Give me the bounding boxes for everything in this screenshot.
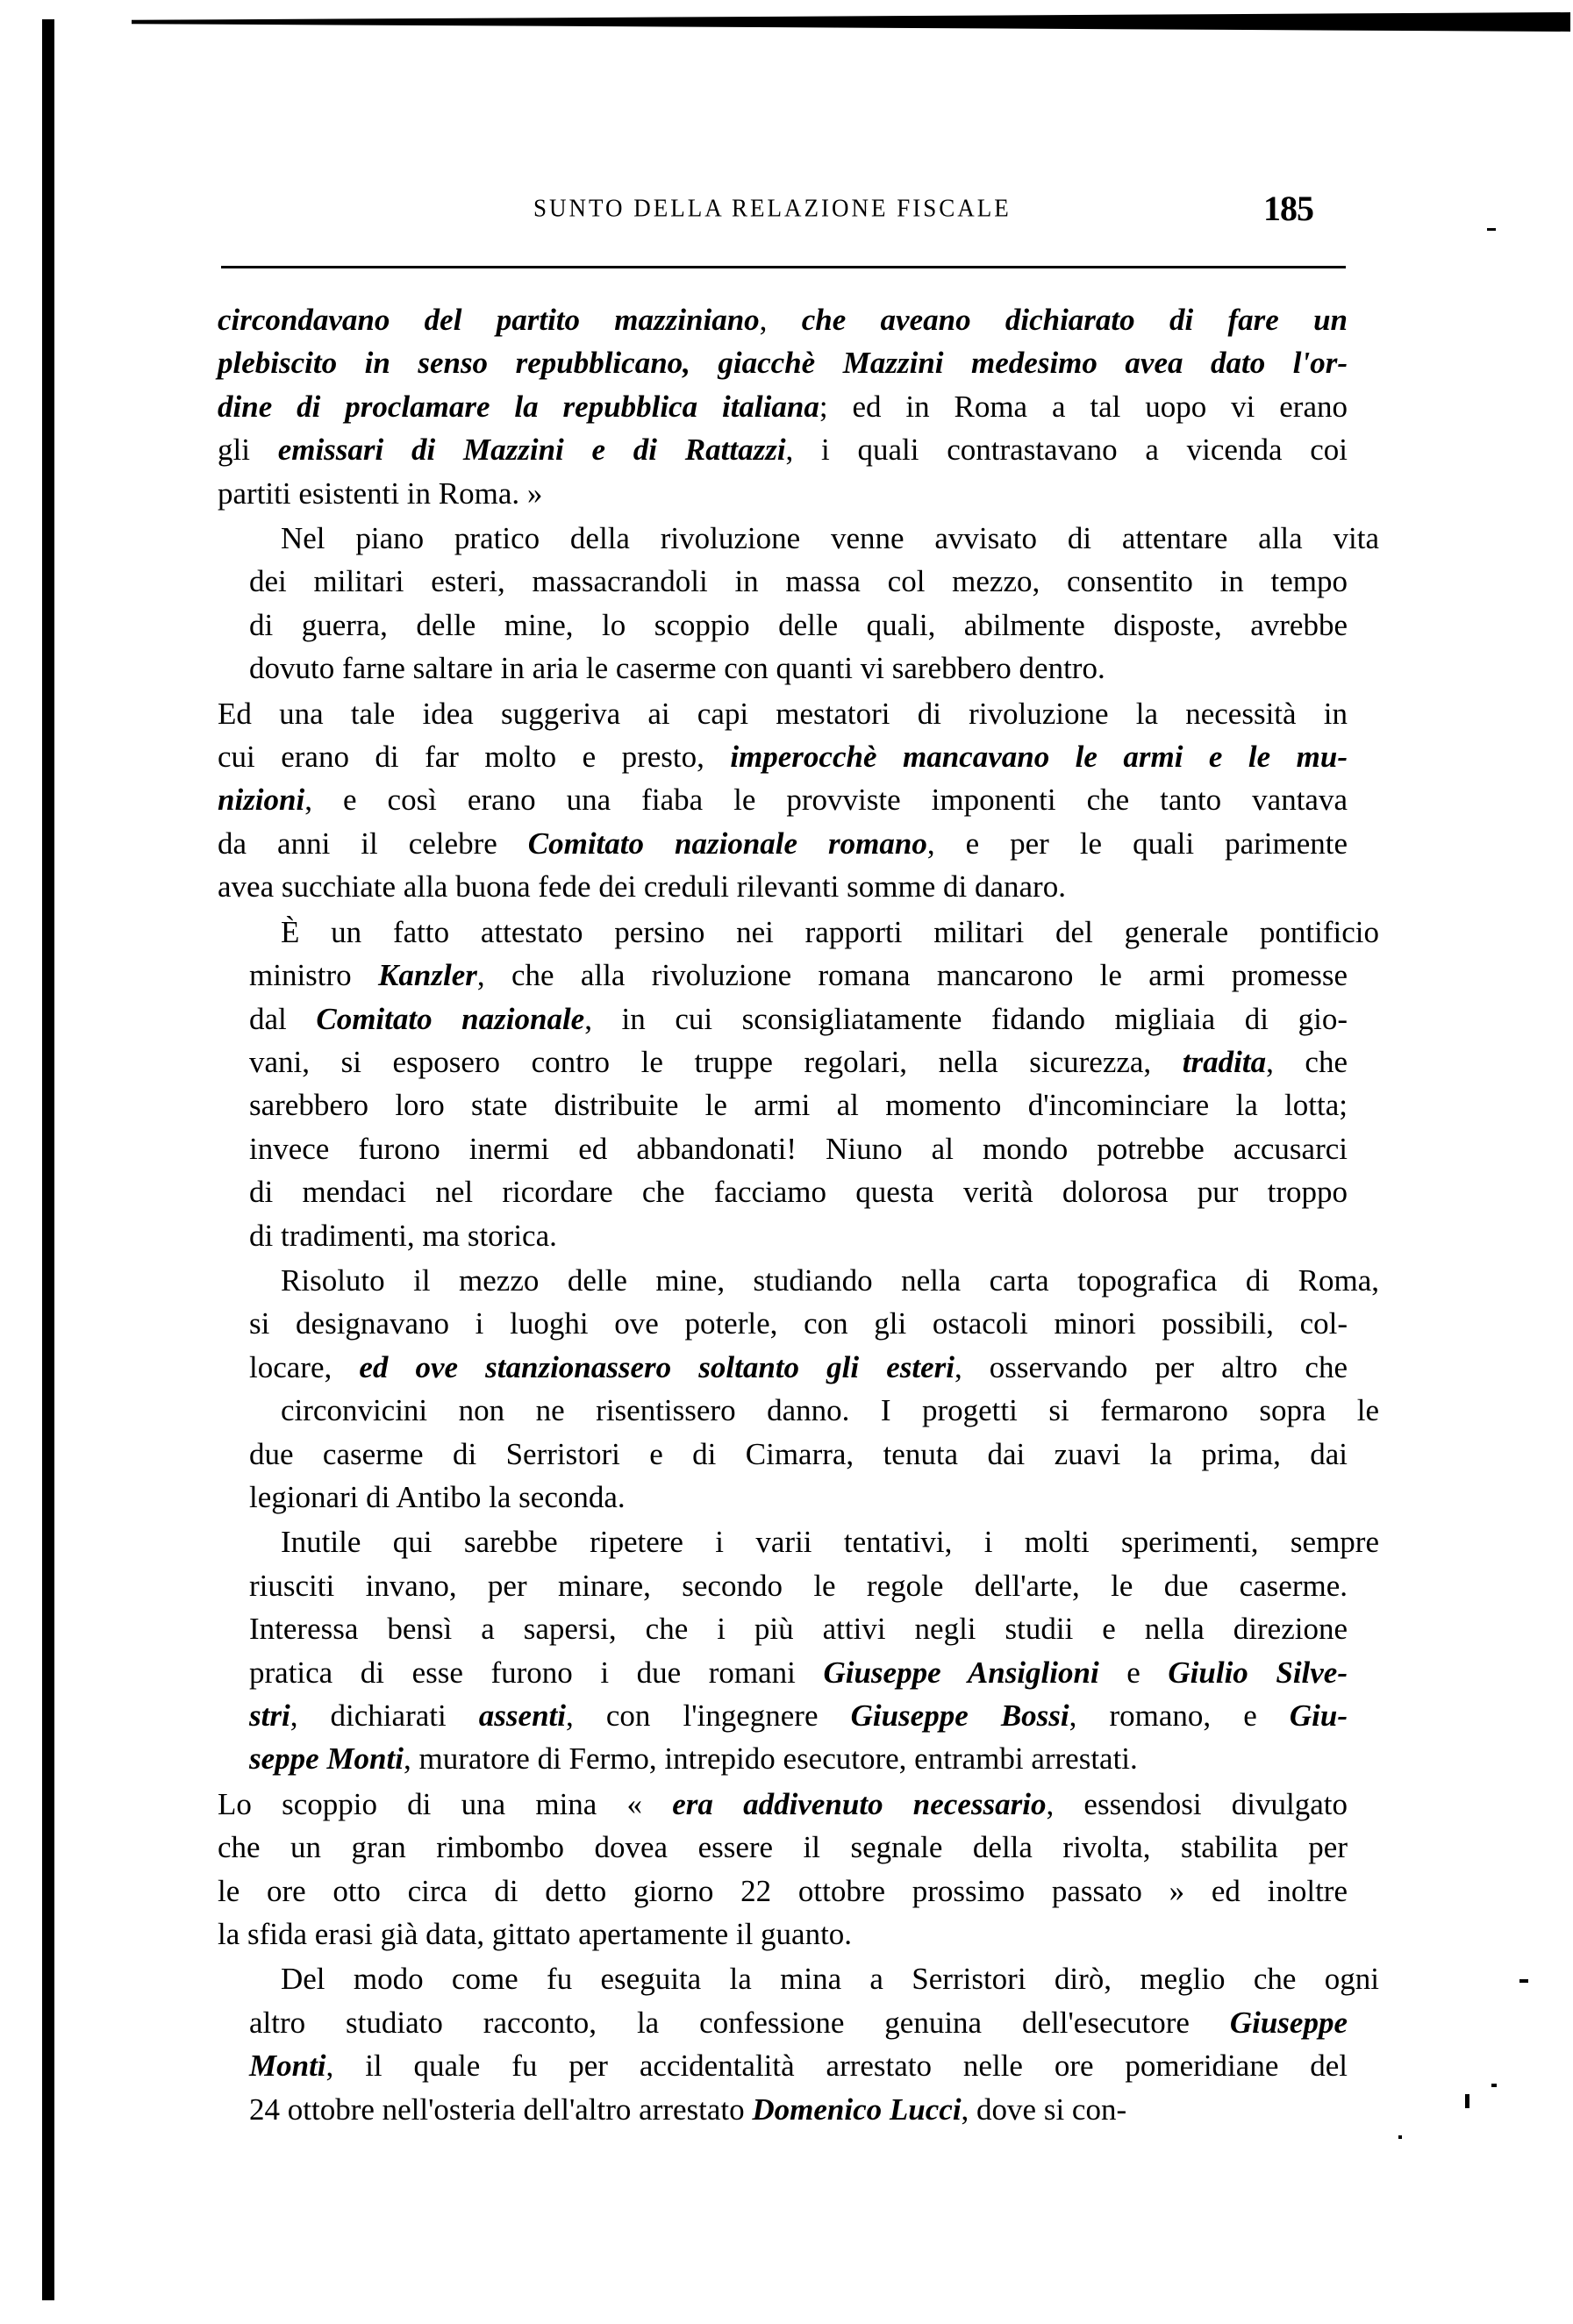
italic-run: tradita (1183, 1045, 1266, 1079)
text-line: pratica di esse furono i due romani Gius… (218, 1651, 1348, 1694)
italic-run: Giuseppe (1230, 2006, 1348, 2040)
text-line: Interessa bensì a sapersi, che i più att… (218, 1607, 1348, 1650)
italic-run: dine di proclamare la repubblica italian… (218, 390, 819, 424)
text-line: nizioni, e così erano una fiaba le provv… (218, 778, 1348, 821)
roman-run: due caserme di Serristori e di Cimarra, … (249, 1437, 1348, 1471)
text-line: di mendaci nel ricordare che facciamo qu… (218, 1170, 1348, 1213)
text-line: invece furono inermi ed abbandonati! Niu… (218, 1127, 1348, 1170)
header-rule (221, 266, 1346, 268)
roman-run: , dove si con- (962, 2092, 1127, 2127)
roman-run: partiti esistenti in Roma. » (218, 476, 542, 511)
paragraph: Risoluto il mezzo delle mine, studiando … (218, 1259, 1348, 1519)
scan-top-border (132, 12, 1570, 32)
text-line: le ore otto circa di detto giorno 22 ott… (218, 1870, 1348, 1913)
roman-run: ; ed in Roma a tal uopo vi erano (819, 390, 1348, 424)
italic-run: era addivenuto necessario (672, 1787, 1046, 1821)
paragraph: Lo scoppio di una mina « era addivenuto … (218, 1783, 1348, 1956)
roman-run: Del modo come fu eseguita la mina a Serr… (281, 1962, 1379, 1996)
roman-run: Nel piano pratico della rivoluzione venn… (281, 521, 1379, 555)
text-line: ministro Kanzler, che alla rivoluzione r… (218, 954, 1348, 997)
text-line: cui erano di far molto e presto, imperoc… (218, 735, 1348, 778)
roman-run: pratica di esse furono i due romani (249, 1655, 823, 1690)
text-line: gli emissari di Mazzini e di Rattazzi, i… (218, 428, 1348, 471)
text-line: riusciti invano, per minare, secondo le … (218, 1564, 1348, 1607)
scan-speck (1465, 2094, 1469, 2108)
roman-run: vani, si esposero contro le truppe regol… (249, 1045, 1183, 1079)
text-line: dovuto farne saltare in aria le caserme … (218, 647, 1105, 690)
text-line: vani, si esposero contro le truppe regol… (218, 1040, 1348, 1083)
text-line: due caserme di Serristori e di Cimarra, … (218, 1433, 1348, 1476)
text-line: È un fatto attestato persino nei rapport… (218, 911, 1379, 954)
roman-run: , che alla rivoluzione romana mancarono … (477, 958, 1348, 992)
italic-run: ed ove stanzionassero soltanto gli ester… (359, 1350, 955, 1384)
roman-run: , osservando per altro che (955, 1350, 1348, 1384)
italic-run: Giuseppe Ansiglioni (823, 1655, 1098, 1690)
italic-run: assenti (479, 1698, 566, 1733)
roman-run: di tradimenti, ma storica. (249, 1219, 557, 1253)
text-line: 24 ottobre nell'osteria dell'altro arres… (218, 2088, 1126, 2131)
roman-run: , con l'ingegnere (566, 1698, 851, 1733)
italic-run: che aveano dichiarato di fare un (802, 303, 1348, 337)
roman-run: , che (1266, 1045, 1348, 1079)
paragraph: Inutile qui sarebbe ripetere i varii ten… (218, 1520, 1348, 1780)
italic-run: circondavano del partito mazziniano (218, 303, 760, 337)
text-line: partiti esistenti in Roma. » (218, 472, 542, 515)
roman-run: riusciti invano, per minare, secondo le … (249, 1569, 1348, 1603)
roman-run: , romano, e (1069, 1698, 1290, 1733)
roman-run: altro studiato racconto, la confessione … (249, 2006, 1230, 2040)
scan-speck (1487, 228, 1496, 231)
roman-run: , muratore di Fermo, intrepido esecutore… (404, 1741, 1138, 1776)
roman-run: che un gran rimbombo dovea essere il seg… (218, 1830, 1348, 1864)
roman-run: la sfida erasi già data, gittato apertam… (218, 1917, 852, 1951)
text-line: di guerra, delle mine, lo scoppio delle … (218, 604, 1348, 647)
page-number: 185 (1263, 188, 1313, 229)
text-line: avea succhiate alla buona fede dei credu… (218, 865, 1066, 908)
text-line: Del modo come fu eseguita la mina a Serr… (218, 1957, 1379, 2000)
text-line: locare, ed ove stanzionassero soltanto g… (218, 1346, 1348, 1389)
roman-run: dei militari esteri, massacrandoli in ma… (249, 564, 1348, 598)
italic-run: Giuseppe Bossi (851, 1698, 1069, 1733)
roman-run: È un fatto attestato persino nei rapport… (281, 915, 1379, 949)
text-line: che un gran rimbombo dovea essere il seg… (218, 1826, 1348, 1869)
roman-run: Ed una tale idea suggeriva ai capi mesta… (218, 697, 1348, 731)
roman-run: Interessa bensì a sapersi, che i più att… (249, 1612, 1348, 1646)
text-line: Monti, il quale fu per accidentalità arr… (218, 2044, 1348, 2087)
italic-run: Domenico Lucci (752, 2092, 961, 2127)
text-line: si designavano i luoghi ove poterle, con… (218, 1302, 1348, 1345)
text-line: da anni il celebre Comitato nazionale ro… (218, 822, 1348, 865)
text-line: dei militari esteri, massacrandoli in ma… (218, 560, 1348, 603)
roman-run: di guerra, delle mine, lo scoppio delle … (249, 608, 1348, 642)
roman-run: da anni il celebre (218, 826, 528, 861)
scan-speck (1491, 2084, 1497, 2087)
italic-run: plebiscito in senso repubblicano, giacch… (218, 346, 1348, 380)
roman-run: , e così erano una fiaba le provviste im… (304, 783, 1348, 817)
scan-left-border (42, 19, 54, 2300)
italic-run: Giu- (1290, 1698, 1348, 1733)
roman-run: , essendosi divulgato (1046, 1787, 1348, 1821)
scan-speck (1519, 1979, 1528, 1983)
roman-run: circonvicini non ne risentissero danno. … (281, 1393, 1379, 1427)
roman-run: di mendaci nel ricordare che facciamo qu… (249, 1175, 1348, 1209)
text-line: altro studiato racconto, la confessione … (218, 2001, 1348, 2044)
italic-run: seppe Monti (249, 1741, 404, 1776)
text-line: circondavano del partito mazziniano, che… (218, 298, 1348, 341)
roman-run: 24 ottobre nell'osteria dell'altro arres… (249, 2092, 752, 2127)
roman-run: Risoluto il mezzo delle mine, studiando … (281, 1263, 1379, 1298)
paragraph: Nel piano pratico della rivoluzione venn… (218, 517, 1348, 690)
italic-run: Kanzler (378, 958, 477, 992)
roman-run: , (760, 303, 802, 337)
italic-run: stri (249, 1698, 290, 1733)
text-line: la sfida erasi già data, gittato apertam… (218, 1913, 852, 1956)
roman-run: sarebbero loro state distribuite le armi… (249, 1088, 1348, 1122)
text-line: dal Comitato nazionale, in cui sconsigli… (218, 998, 1348, 1040)
paragraph: Ed una tale idea suggeriva ai capi mesta… (218, 692, 1348, 909)
roman-run: , e per le quali parimente (927, 826, 1348, 861)
roman-run: cui erano di far molto e presto, (218, 740, 730, 774)
text-line: stri, dichiarati assenti, con l'ingegner… (218, 1694, 1348, 1737)
text-line: dine di proclamare la repubblica italian… (218, 385, 1348, 428)
roman-run: , i quali contrastavano a vicenda coi (786, 433, 1348, 467)
roman-run: le ore otto circa di detto giorno 22 ott… (218, 1874, 1348, 1908)
roman-run: , il quale fu per accidentalità arrestat… (326, 2049, 1348, 2083)
roman-run: avea succhiate alla buona fede dei credu… (218, 869, 1066, 904)
roman-run: legionari di Antibo la seconda. (249, 1480, 626, 1514)
italic-run: imperocchè mancavano le armi e le mu- (730, 740, 1348, 774)
roman-run: gli (218, 433, 278, 467)
italic-run: Monti (249, 2049, 326, 2083)
paragraph: Del modo come fu eseguita la mina a Serr… (218, 1957, 1348, 2131)
text-line: legionari di Antibo la seconda. (218, 1476, 626, 1519)
italic-run: nizioni (218, 783, 304, 817)
roman-run: Lo scoppio di una mina « (218, 1787, 672, 1821)
scan-speck (1398, 2135, 1402, 2139)
text-line: Lo scoppio di una mina « era addivenuto … (218, 1783, 1348, 1826)
roman-run: , in cui sconsigliatamente fidando migli… (584, 1002, 1348, 1036)
italic-run: emissari di Mazzini e di Rattazzi (278, 433, 786, 467)
text-line: sarebbero loro state distribuite le armi… (218, 1083, 1348, 1126)
roman-run: si designavano i luoghi ove poterle, con… (249, 1306, 1348, 1341)
italic-run: Comitato nazionale romano (528, 826, 927, 861)
roman-run: locare, (249, 1350, 359, 1384)
text-line: circonvicini non ne risentissero danno. … (218, 1389, 1379, 1432)
roman-run: invece furono inermi ed abbandonati! Niu… (249, 1132, 1348, 1166)
roman-run: e (1099, 1655, 1169, 1690)
text-line: seppe Monti, muratore di Fermo, intrepid… (218, 1737, 1138, 1780)
body-text: circondavano del partito mazziniano, che… (218, 298, 1348, 2131)
paragraph: circondavano del partito mazziniano, che… (218, 298, 1348, 515)
roman-run: , dichiarati (290, 1698, 479, 1733)
italic-run: Giulio Silve- (1168, 1655, 1348, 1690)
text-line: plebiscito in senso repubblicano, giacch… (218, 341, 1348, 384)
roman-run: dal (249, 1002, 316, 1036)
text-line: Ed una tale idea suggeriva ai capi mesta… (218, 692, 1348, 735)
text-line: Risoluto il mezzo delle mine, studiando … (218, 1259, 1379, 1302)
text-line: di tradimenti, ma storica. (218, 1214, 557, 1257)
running-head: SUNTO DELLA RELAZIONE FISCALE (533, 194, 1012, 223)
italic-run: Comitato nazionale (316, 1002, 584, 1036)
paragraph: È un fatto attestato persino nei rapport… (218, 911, 1348, 1257)
text-line: Nel piano pratico della rivoluzione venn… (218, 517, 1379, 560)
roman-run: ministro (249, 958, 378, 992)
roman-run: Inutile qui sarebbe ripetere i varii ten… (281, 1525, 1379, 1559)
text-line: Inutile qui sarebbe ripetere i varii ten… (218, 1520, 1379, 1563)
roman-run: dovuto farne saltare in aria le caserme … (249, 651, 1105, 685)
